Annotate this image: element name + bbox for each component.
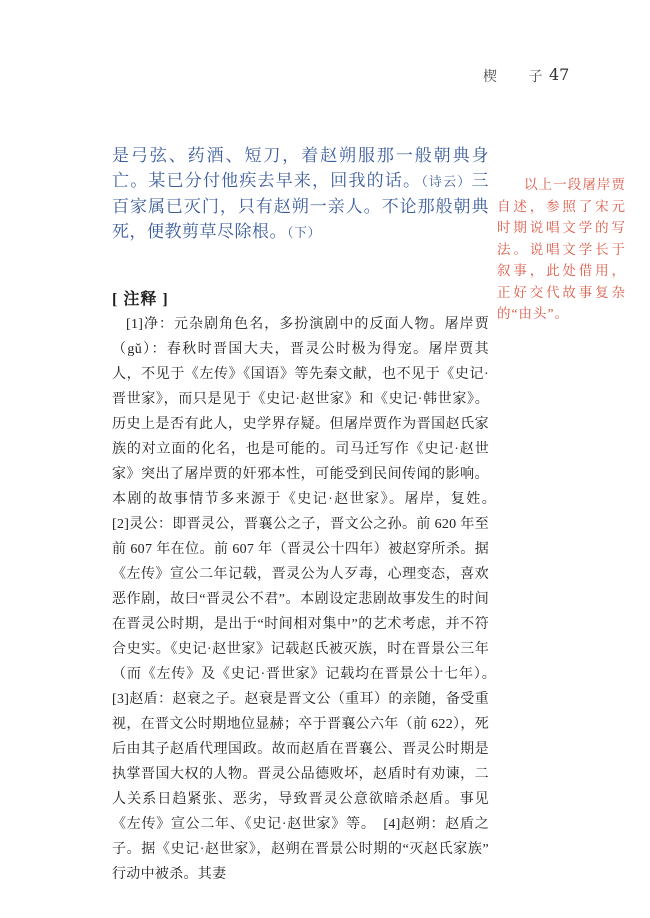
page-number: 47 — [549, 65, 569, 84]
margin-note: 以上一段屠岸贾自述，参照了宋元时期说唱文学的写法。说唱文学长于叙事，此处借用，正… — [497, 174, 626, 325]
main-text-column: 是弓弦、药酒、短刀，着赵朔服那一般朝典身亡。某已分付他疾去早来，回我的话。（诗云… — [112, 143, 489, 887]
notes-heading: [ 注释 ] — [112, 287, 489, 312]
opening-quote: 是弓弦、药酒、短刀，着赵朔服那一般朝典身亡。某已分付他疾去早来，回我的话。（诗云… — [112, 143, 489, 245]
stage-direction: （下） — [287, 225, 321, 240]
notes-body: [1]净：元杂剧角色名，多扮演剧中的反面人物。屠岸贾（gǔ）：春秋时晋国大夫，晋… — [112, 312, 489, 887]
stage-direction: （诗云） — [421, 174, 471, 189]
book-page: { "page": { "colors": { "background": "#… — [0, 0, 650, 918]
running-header: 楔 子 47 — [0, 66, 650, 86]
chapter-title: 楔 子 — [483, 66, 557, 86]
